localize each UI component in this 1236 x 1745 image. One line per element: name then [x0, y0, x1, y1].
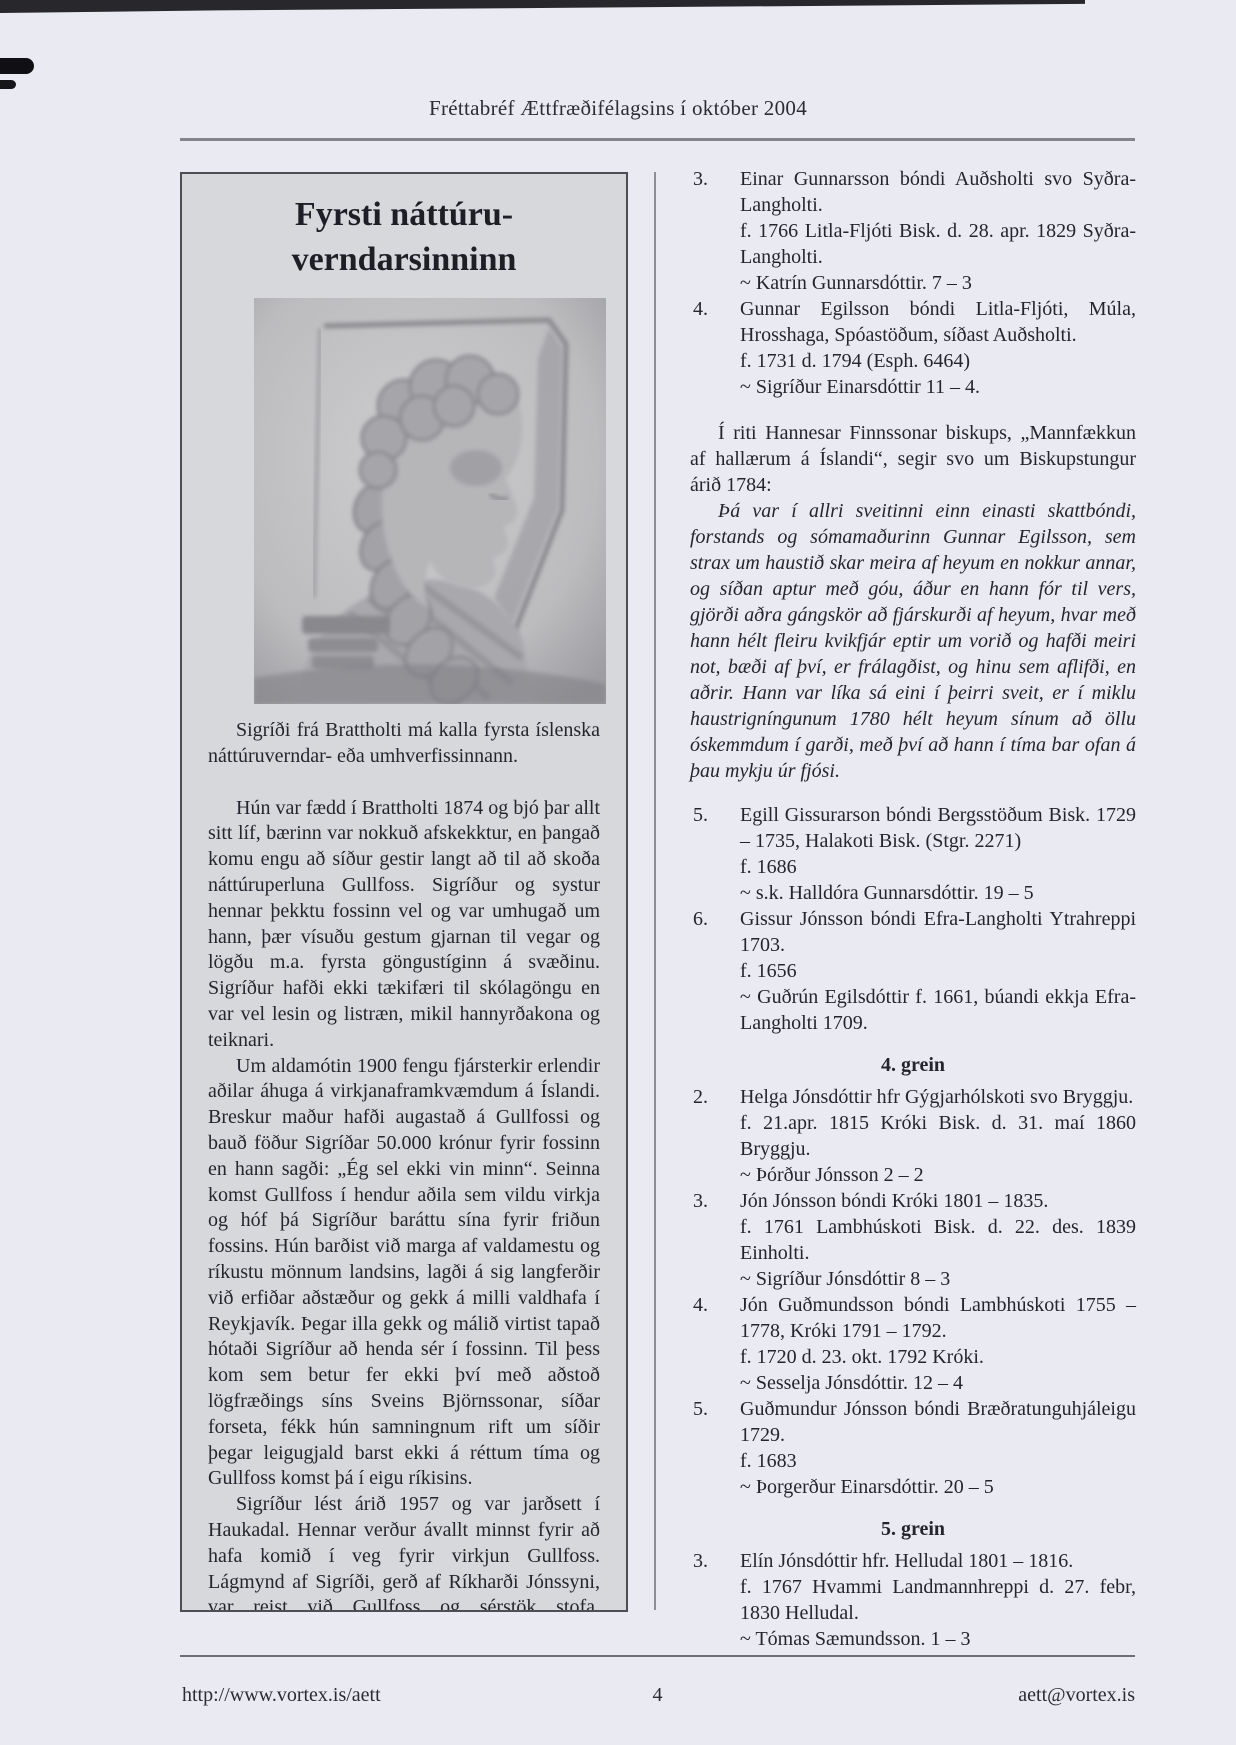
column-divider	[654, 172, 656, 1610]
entry-number: 3.	[693, 166, 708, 192]
article-title: Fyrsti náttúru- verndarsinninn	[208, 192, 600, 282]
entry-line: Jón Guðmundsson bóndi Lambhúskoti 1755 –…	[740, 1292, 1136, 1344]
page-number: 4	[653, 1684, 663, 1707]
entry-line: f. 1720 d. 23. okt. 1792 Króki.	[740, 1344, 1136, 1370]
article-paragraph-1: Hún var fædd í Brattholti 1874 og bjó þa…	[208, 796, 600, 1054]
entry-body: Elín Jónsdóttir hfr. Helludal 1801 – 181…	[740, 1548, 1136, 1652]
entry-line: f. 1767 Hvammi Landmannhreppi d. 27. feb…	[740, 1574, 1136, 1626]
entry-group: 3.Elín Jónsdóttir hfr. Helludal 1801 – 1…	[690, 1548, 1136, 1652]
entry-line: ~ Katrín Gunnarsdóttir. 7 – 3	[740, 270, 1136, 296]
entry-line: ~ Þórður Jónsson 2 – 2	[740, 1162, 1136, 1188]
footer-rule	[180, 1655, 1135, 1657]
entry-line: f. 1686	[740, 854, 1136, 880]
entry-line: Einar Gunnarsson bóndi Auðsholti svo Syð…	[740, 166, 1136, 218]
article-paragraph-3: Sigríður lést árið 1957 og var jarðsett …	[208, 1492, 600, 1612]
genealogy-entry: 5.Guðmundur Jónsson bóndi Bræðratunguhjá…	[690, 1396, 1136, 1500]
newsletter-page: Fréttabréf Ættfræðifélagsins í október 2…	[0, 0, 1236, 1745]
scan-artifact	[0, 80, 16, 89]
scan-artifact	[0, 0, 1085, 13]
entry-number: 4.	[693, 296, 708, 322]
article-box: Fyrsti náttúru- verndarsinninn	[180, 172, 628, 1612]
entry-line: ~ Sesselja Jónsdóttir. 12 – 4	[740, 1370, 1136, 1396]
entry-body: Egill Gissurarson bóndi Bergsstöðum Bisk…	[740, 802, 1136, 906]
entry-line: ~ s.k. Halldóra Gunnarsdóttir. 19 – 5	[740, 880, 1136, 906]
header-rule	[180, 138, 1135, 141]
sigridur-relief-photo	[254, 298, 606, 704]
entry-line: ~ Þorgerður Einarsdóttir. 20 – 5	[740, 1474, 1136, 1500]
entry-line: Gissur Jónsson bóndi Efra-Langholti Ytra…	[740, 906, 1136, 958]
entry-line: Gunnar Egilsson bóndi Litla-Fljóti, Múla…	[740, 296, 1136, 348]
entry-line: Jón Jónsson bóndi Króki 1801 – 1835.	[740, 1188, 1136, 1214]
entry-line: Helga Jónsdóttir hfr Gýgjarhólskoti svo …	[740, 1084, 1136, 1110]
left-box-paragraphs: Hún var fædd í Brattholti 1874 og bjó þa…	[208, 796, 600, 1612]
entry-line: ~ Tómas Sæmundsson. 1 – 3	[740, 1626, 1136, 1652]
entry-group: 2.Helga Jónsdóttir hfr Gýgjarhólskoti sv…	[690, 1084, 1136, 1500]
entry-number: 4.	[693, 1292, 708, 1318]
section-heading: 5. grein	[690, 1516, 1136, 1542]
article-title-line-1: Fyrsti náttúru-	[208, 192, 600, 237]
entry-number: 5.	[693, 1396, 708, 1422]
entry-line: Elín Jónsdóttir hfr. Helludal 1801 – 181…	[740, 1548, 1136, 1574]
genealogy-entry: 3.Einar Gunnarsson bóndi Auðsholti svo S…	[690, 166, 1136, 296]
page-header-title: Fréttabréf Ættfræðifélagsins í október 2…	[0, 96, 1236, 121]
genealogy-entry: 2.Helga Jónsdóttir hfr Gýgjarhólskoti sv…	[690, 1084, 1136, 1188]
entry-number: 2.	[693, 1084, 708, 1110]
entry-body: Jón Jónsson bóndi Króki 1801 – 1835.f. 1…	[740, 1188, 1136, 1292]
entry-body: Guðmundur Jónsson bóndi Bræðratunguhjále…	[740, 1396, 1136, 1500]
entry-number: 5.	[693, 802, 708, 828]
entry-line: ~ Guðrún Egilsdóttir f. 1661, búandi ekk…	[740, 984, 1136, 1036]
page-footer: http://www.vortex.is/aett 4 aett@vortex.…	[180, 1684, 1135, 1714]
genealogy-entry: 5.Egill Gissurarson bóndi Bergsstöðum Bi…	[690, 802, 1136, 906]
entry-body: Jón Guðmundsson bóndi Lambhúskoti 1755 –…	[740, 1292, 1136, 1396]
entry-line: ~ Sigríður Einarsdóttir 11 – 4.	[740, 374, 1136, 400]
genealogy-entry: 3.Jón Jónsson bóndi Króki 1801 – 1835.f.…	[690, 1188, 1136, 1292]
entry-line: ~ Sigríður Jónsdóttir 8 – 3	[740, 1266, 1136, 1292]
entry-line: f. 1766 Litla-Fljóti Bisk. d. 28. apr. 1…	[740, 218, 1136, 270]
entry-line: f. 1731 d. 1794 (Esph. 6464)	[740, 348, 1136, 374]
article-paragraph-2: Um aldamótin 1900 fengu fjársterkir erle…	[208, 1054, 600, 1493]
scan-artifact	[0, 58, 34, 74]
genealogy-entry: 4.Jón Guðmundsson bóndi Lambhúskoti 1755…	[690, 1292, 1136, 1396]
entry-body: Einar Gunnarsson bóndi Auðsholti svo Syð…	[740, 166, 1136, 296]
right-column-paragraph: Í riti Hannesar Finnssonar biskups, „Man…	[690, 420, 1136, 498]
section-heading: 4. grein	[690, 1052, 1136, 1078]
photo-caption: Sigríði frá Brattholti má kalla fyrsta í…	[208, 718, 600, 770]
entry-body: Gissur Jónsson bóndi Efra-Langholti Ytra…	[740, 906, 1136, 1036]
entry-group: 5.Egill Gissurarson bóndi Bergsstöðum Bi…	[690, 802, 1136, 1036]
entry-group: 3.Einar Gunnarsson bóndi Auðsholti svo S…	[690, 166, 1136, 400]
genealogy-entry: 3.Elín Jónsdóttir hfr. Helludal 1801 – 1…	[690, 1548, 1136, 1652]
footer-website-url: http://www.vortex.is/aett	[182, 1684, 381, 1707]
entry-line: f. 1656	[740, 958, 1136, 984]
entry-number: 3.	[693, 1548, 708, 1574]
entry-body: Helga Jónsdóttir hfr Gýgjarhólskoti svo …	[740, 1084, 1136, 1188]
right-column-paragraph: Þá var í allri sveitinni einn einasti sk…	[690, 498, 1136, 784]
entry-line: Guðmundur Jónsson bóndi Bræðratunguhjále…	[740, 1396, 1136, 1448]
entry-line: f. 1761 Lambhúskoti Bisk. d. 22. des. 18…	[740, 1214, 1136, 1266]
entry-number: 6.	[693, 906, 708, 932]
entry-line: f. 21.apr. 1815 Króki Bisk. d. 31. maí 1…	[740, 1110, 1136, 1162]
genealogy-entry: 6.Gissur Jónsson bóndi Efra-Langholti Yt…	[690, 906, 1136, 1036]
genealogy-entry: 4.Gunnar Egilsson bóndi Litla-Fljóti, Mú…	[690, 296, 1136, 400]
entry-line: Egill Gissurarson bóndi Bergsstöðum Bisk…	[740, 802, 1136, 854]
footer-email: aett@vortex.is	[1018, 1684, 1135, 1707]
entry-number: 3.	[693, 1188, 708, 1214]
article-title-line-2: verndarsinninn	[208, 237, 600, 282]
entry-body: Gunnar Egilsson bóndi Litla-Fljóti, Múla…	[740, 296, 1136, 400]
right-column-sections: 3.Einar Gunnarsson bóndi Auðsholti svo S…	[690, 166, 1136, 1652]
entry-line: f. 1683	[740, 1448, 1136, 1474]
